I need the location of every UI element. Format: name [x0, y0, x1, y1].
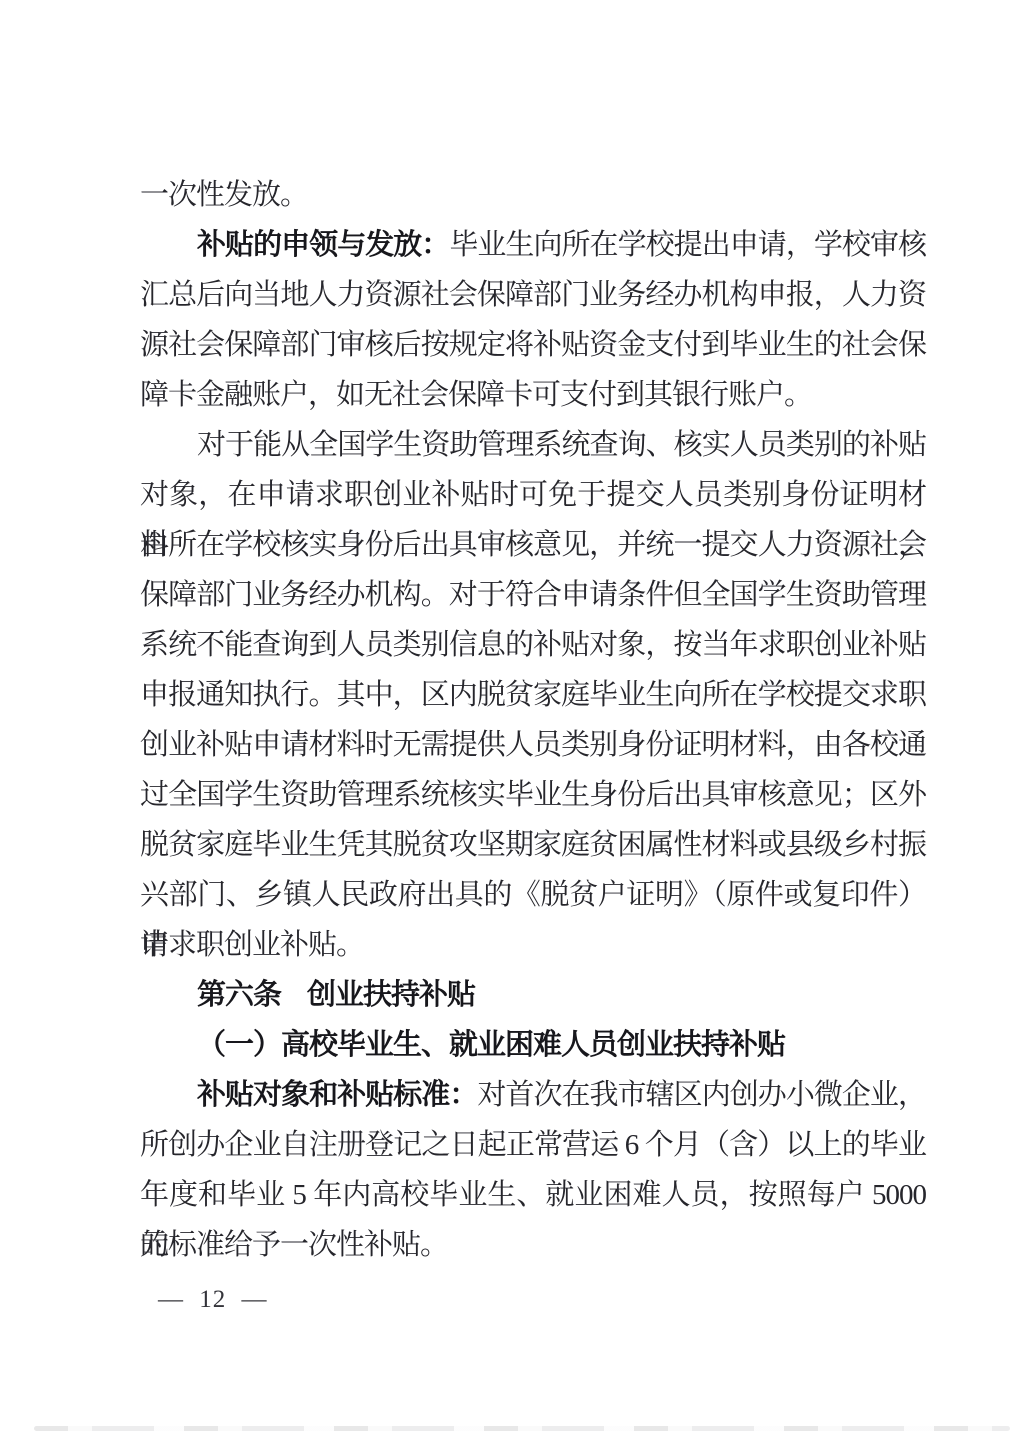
page-number-text: — 12 —	[158, 1286, 268, 1313]
text-line-7: 对象，在申请求职创业补贴时可免于提交人员类别身份证明材料，	[140, 470, 926, 520]
text-line-3: 汇总后向当地人力资源社会保障部门业务经办机构申报，人力资	[140, 270, 926, 320]
text-line-6: 对于能从全国学生资助管理系统查询、核实人员类别的补贴	[140, 420, 926, 470]
line-text: 毕业生向所在学校提出申请，学校审核	[449, 229, 926, 261]
line-text: 过全国学生资助管理系统核实毕业生身份后出具审核意见；区外	[140, 779, 926, 811]
line-text: 源社会保障部门审核后按规定将补贴资金支付到毕业生的社会保	[140, 329, 926, 361]
text-line-11: 申报通知执行。其中，区内脱贫家庭毕业生向所在学校提交求职	[140, 670, 926, 720]
line-text: 创业补贴申请材料时无需提供人员类别身份证明材料，由各校通	[140, 729, 926, 761]
bold-lead-text: 第六条	[197, 979, 281, 1011]
line-text: 系统不能查询到人员类别信息的补贴对象，按当年求职创业补贴	[140, 629, 926, 661]
text-line-5: 障卡金融账户，如无社会保障卡可支付到其银行账户。	[140, 370, 926, 420]
text-line-15: 兴部门、乡镇人民政府出具的《脱贫户证明》（原件或复印件）申	[140, 870, 926, 920]
text-line-18: （一）高校毕业生、就业困难人员创业扶持补贴	[140, 1020, 926, 1070]
line-text: 一次性发放。	[140, 179, 308, 211]
line-text: 汇总后向当地人力资源社会保障部门业务经办机构申报，人力资	[140, 279, 926, 311]
text-line-4: 源社会保障部门审核后按规定将补贴资金支付到毕业生的社会保	[140, 320, 926, 370]
text-line-14: 脱贫家庭毕业生凭其脱贫攻坚期家庭贫困属性材料或县级乡村振	[140, 820, 926, 870]
line-text: 申报通知执行。其中，区内脱贫家庭毕业生向所在学校提交求职	[140, 679, 926, 711]
text-line-16: 请求职创业补贴。	[140, 920, 926, 970]
text-line-10: 系统不能查询到人员类别信息的补贴对象，按当年求职创业补贴	[140, 620, 926, 670]
bold-lead-text: 补贴的申领与发放：	[197, 229, 449, 261]
page-number: — 12 —	[158, 1286, 268, 1314]
line-text: 的标准给予一次性补贴。	[140, 1229, 448, 1261]
text-line-20: 所创办企业自注册登记之日起正常营运 6 个月（含）以上的毕业	[140, 1120, 926, 1170]
line-text: 保障部门业务经办机构。对于符合申请条件但全国学生资助管理	[140, 579, 926, 611]
text-line-1: 一次性发放。	[140, 170, 926, 220]
document-body: 一次性发放。补贴的申领与发放：毕业生向所在学校提出申请，学校审核汇总后向当地人力…	[140, 170, 926, 1270]
line-text: 脱贫家庭毕业生凭其脱贫攻坚期家庭贫困属性材料或县级乡村振	[140, 829, 926, 861]
document-page: 一次性发放。补贴的申领与发放：毕业生向所在学校提出申请，学校审核汇总后向当地人力…	[0, 0, 1024, 1448]
scan-artifact-line	[34, 1426, 1010, 1431]
line-text: 对首次在我市辖区内创办小微企业，	[477, 1079, 926, 1111]
text-line-19: 补贴对象和补贴标准：对首次在我市辖区内创办小微企业，	[140, 1070, 926, 1120]
text-line-13: 过全国学生资助管理系统核实毕业生身份后出具审核意见；区外	[140, 770, 926, 820]
bold-lead-text: （一）高校毕业生、就业困难人员创业扶持补贴	[197, 1029, 785, 1061]
text-line-12: 创业补贴申请材料时无需提供人员类别身份证明材料，由各校通	[140, 720, 926, 770]
text-line-17: 第六条创业扶持补贴	[140, 970, 926, 1020]
line-text: 障卡金融账户，如无社会保障卡可支付到其银行账户。	[140, 379, 812, 411]
text-line-2: 补贴的申领与发放：毕业生向所在学校提出申请，学校审核	[140, 220, 926, 270]
bold-lead-text: 补贴对象和补贴标准：	[197, 1079, 477, 1111]
text-line-8: 由所在学校核实身份后出具审核意见，并统一提交人力资源社会	[140, 520, 926, 570]
bold-lead-text-2: 创业扶持补贴	[307, 979, 475, 1011]
text-line-21: 年度和毕业 5 年内高校毕业生、就业困难人员，按照每户 5000 元	[140, 1170, 926, 1220]
line-text: 对于能从全国学生资助管理系统查询、核实人员类别的补贴	[197, 429, 926, 461]
line-text: 所创办企业自注册登记之日起正常营运 6 个月（含）以上的毕业	[140, 1129, 926, 1161]
line-text: 由所在学校核实身份后出具审核意见，并统一提交人力资源社会	[140, 529, 926, 561]
line-text: 请求职创业补贴。	[140, 929, 364, 961]
text-line-9: 保障部门业务经办机构。对于符合申请条件但全国学生资助管理	[140, 570, 926, 620]
text-line-22: 的标准给予一次性补贴。	[140, 1220, 926, 1270]
